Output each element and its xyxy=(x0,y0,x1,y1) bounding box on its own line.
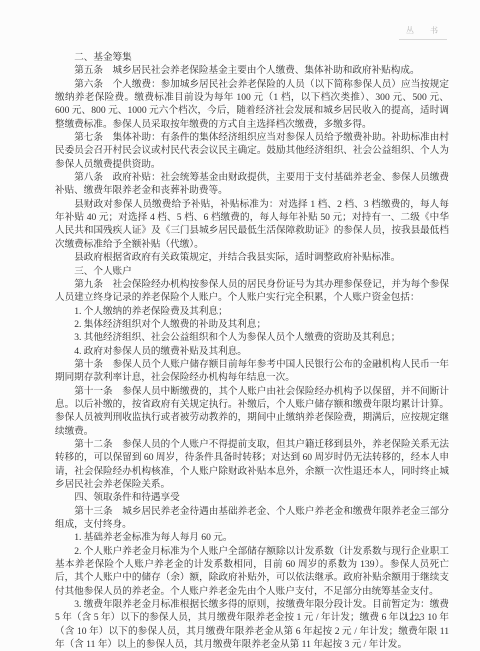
section-heading: 二、基金筹集 xyxy=(55,51,449,64)
paragraph: 第十条 参保人员个人账户储存额目前每年参考中国人民银行公布的金融机构人民币一年期… xyxy=(55,358,449,385)
paragraph: 第七条 集体补助：有条件的集体经济组织应当对参保人员给予缴费补助。补助标准由村民… xyxy=(55,131,449,171)
paragraph: 第五条 城乡居民社会养老保险基金主要由个人缴费、集体补助和政府补贴构成。 xyxy=(55,64,449,77)
paragraph: 3. 缴费年限养老金月标准根据长缴多得的原则，按缴费年限分段计发。目前暂定为：缴… xyxy=(55,598,449,651)
document-body: 二、基金筹集第五条 城乡居民社会养老保险基金主要由个人缴费、集体补助和政府补贴构… xyxy=(55,51,449,651)
running-header: 丛 书 xyxy=(399,25,447,40)
document-page: 丛 书 二、基金筹集第五条 城乡居民社会养老保险基金主要由个人缴费、集体补助和政… xyxy=(0,0,480,651)
paragraph: 1. 个人缴纳的养老保险费及其利息； xyxy=(55,305,449,318)
paragraph: 第八条 政府补贴：社会统筹基金由财政提供，主要用于支付基础养老金、参保人员缴费补… xyxy=(55,171,449,198)
paragraph: 县政府根据省政府有关政策规定，并结合我县实际，适时调整政府补贴标准。 xyxy=(55,251,449,264)
paragraph: 3. 其他经济组织、社会公益组织和个人为参保人员个人缴费的资助及其利息； xyxy=(55,331,449,344)
paragraph: 第六条 个人缴费：参加城乡居民社会养老保险的人员（以下简称参保人员）应当按规定缴… xyxy=(55,78,449,131)
paragraph: 县财政对参保人员缴费给予补贴，补贴标准为：对选择 1 档、2 档、3 档缴费的，… xyxy=(55,198,449,251)
section-heading: 四、领取条件和待遇享受 xyxy=(55,491,449,504)
paragraph: 第十二条 参保人员的个人账户不得提前支取，但其户籍迁移到县外，养老保险关系无法转… xyxy=(55,438,449,491)
paragraph: 1. 基础养老金标准为每人每月 60 元。 xyxy=(55,531,449,544)
paragraph: 第十一条 参保人员中断缴费的，其个人账户由社会保险经办机构予以保留，并不间断计息… xyxy=(55,385,449,438)
section-heading: 三、个人账户 xyxy=(55,265,449,278)
page-number: 1223 xyxy=(404,613,425,623)
paragraph: 4. 政府对参保人员的缴费补贴及其利息。 xyxy=(55,345,449,358)
paragraph: 第十三条 城乡居民养老金待遇由基础养老金、个人账户养老金和缴费年限养老金三部分组… xyxy=(55,505,449,532)
paragraph: 第九条 社会保险经办机构按参保人员的居民身份证号为其办理参保登记，并为每个参保人… xyxy=(55,278,449,305)
paragraph: 2. 集体经济组织对个人缴费的补助及其利息； xyxy=(55,318,449,331)
paragraph: 2. 个人账户养老金月标准为个人账户全部储存额除以计发系数（计发系数与现行企业职… xyxy=(55,545,449,598)
